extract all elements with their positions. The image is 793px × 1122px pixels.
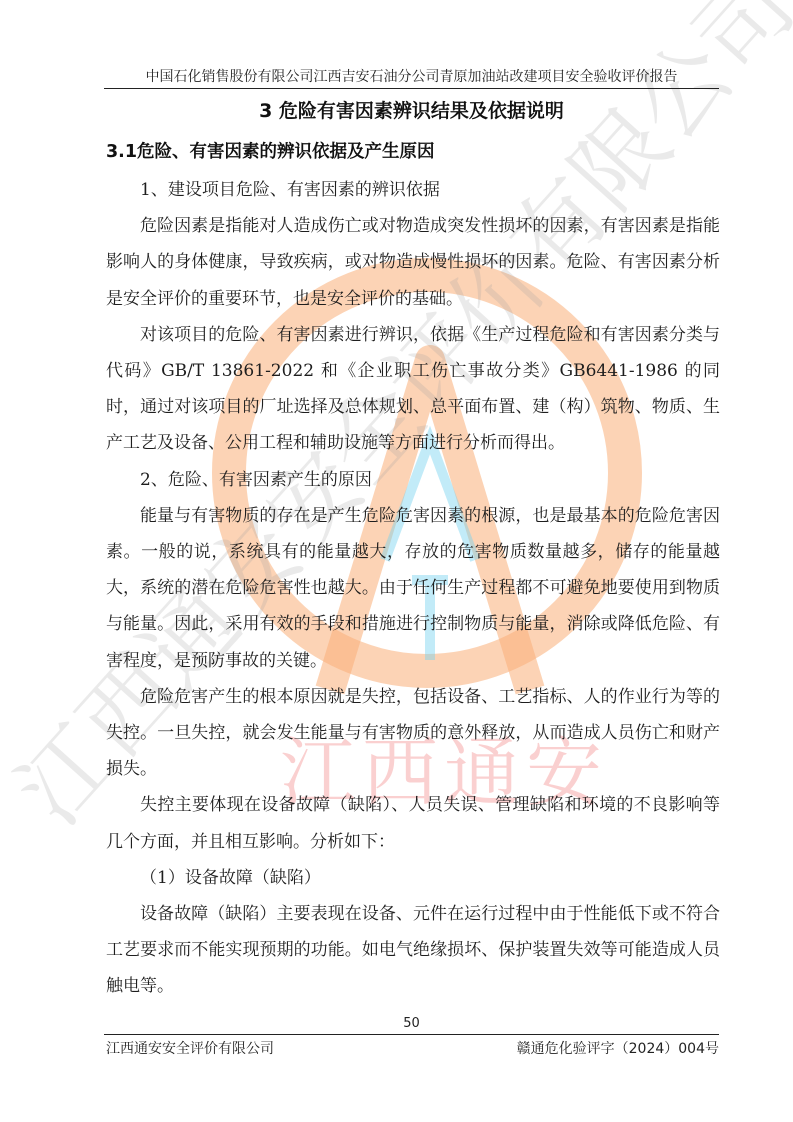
section-title: 3.1危险、有害因素的辨识依据及产生原因 xyxy=(106,138,435,163)
subheading-basis: 1、建设项目危险、有害因素的辨识依据 xyxy=(106,172,720,208)
paragraph: 失控主要体现在设备故障（缺陷）、人员失误、管理缺陷和环境的不良影响等几个方面，并… xyxy=(106,787,720,859)
header-divider xyxy=(104,88,719,89)
chapter-title: 3 危险有害因素辨识结果及依据说明 xyxy=(104,96,719,123)
document-page: 江西通安安全评价有限公司 江西通安 中国石化销售股份有限公司江西吉安石油分公司青… xyxy=(0,0,793,1122)
paragraph: 能量与有害物质的存在是产生危险危害因素的根源，也是最基本的危险危害因素。一般的说… xyxy=(106,498,720,679)
page-number: 50 xyxy=(104,1016,719,1031)
paragraph: 危险危害产生的根本原因就是失控，包括设备、工艺指标、人的作业行为等的失控。一旦失… xyxy=(106,679,720,788)
footer-company: 江西通安安全评价有限公司 xyxy=(106,1038,274,1058)
paragraph: 对该项目的危险、有害因素进行辨识，依据《生产过程危险和有害因素分类与代码》GB/… xyxy=(106,317,720,462)
footer-document-code: 赣通危化验评字（2024）004号 xyxy=(517,1038,719,1058)
subheading-causes: 2、危险、有害因素产生的原因 xyxy=(106,462,720,498)
paragraph: 危险因素是指能对人造成伤亡或对物造成突发性损坏的因素，有害因素是指能影响人的身体… xyxy=(106,208,720,317)
subheading-equipment-failure: （1）设备故障（缺陷） xyxy=(106,860,720,896)
running-header: 中国石化销售股份有限公司江西吉安石油分公司青原加油站改建项目安全验收评价报告 xyxy=(104,66,719,86)
paragraph: 设备故障（缺陷）主要表现在设备、元件在运行过程中由于性能低下或不符合工艺要求而不… xyxy=(106,896,720,1005)
body-text: 1、建设项目危险、有害因素的辨识依据 危险因素是指能对人造成伤亡或对物造成突发性… xyxy=(106,172,720,1005)
footer-divider xyxy=(104,1034,719,1035)
